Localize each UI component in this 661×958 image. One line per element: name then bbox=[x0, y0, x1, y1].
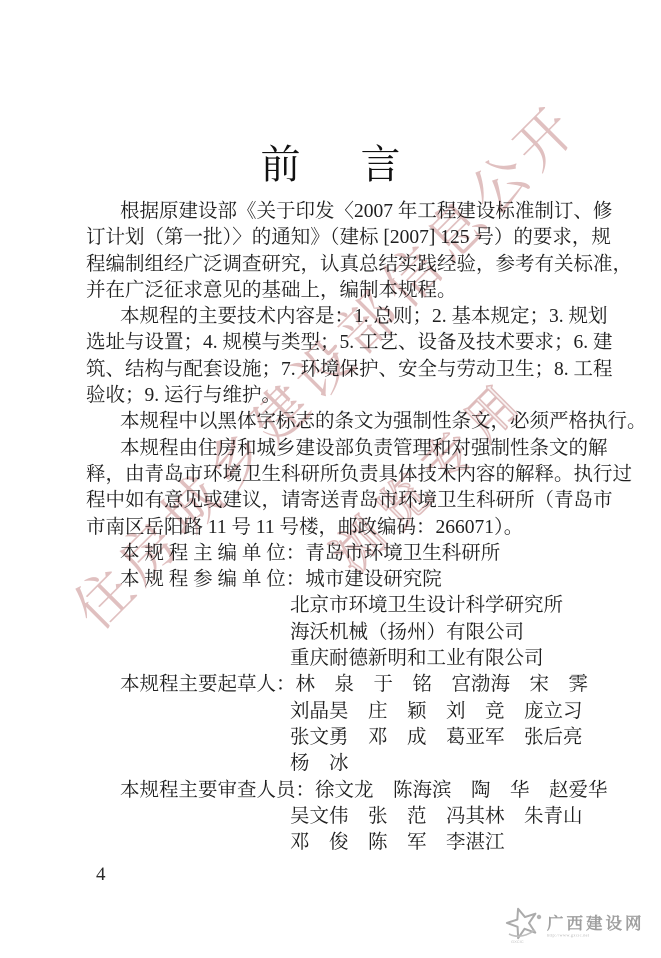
logo-tagline: http://www.gxcic.net bbox=[547, 934, 630, 938]
text-line: 市南区岳阳路 11 号 11 号楼，邮政编码：266071）。 bbox=[86, 515, 580, 541]
text-line: 根据原建设部《关于印发〈2007 年工程建设标准制订、修 bbox=[86, 199, 580, 225]
text-line: 筑、结构与配套设施；7. 环境保护、安全与劳动卫生；8. 工程 bbox=[86, 357, 580, 383]
text-line: 张文勇 邓 成 葛亚军 张后亮 bbox=[86, 725, 580, 751]
text-line: 本规程由住房和城乡建设部负责管理和对强制性条文的解 bbox=[86, 436, 580, 462]
text-line: 刘晶昊 庄 颖 刘 竞 庞立习 bbox=[86, 699, 580, 725]
text-line: 本规程主要起草人：林 泉 于 铭 宫渤海 宋 霁 bbox=[86, 672, 580, 698]
text-line: 订计划（第一批）〉的通知》（建标 [2007] 125 号）的要求，规 bbox=[86, 225, 580, 251]
text-line: 北京市环境卫生设计科学研究所 bbox=[86, 593, 580, 619]
site-logo: GXCIC 广西建设网 http://www.gxcic.net bbox=[501, 902, 653, 946]
document-page: 前 言 根据原建设部《关于印发〈2007 年工程建设标准制订、修订计划（第一批）… bbox=[0, 0, 661, 958]
text-line: 杨 冰 bbox=[86, 751, 580, 777]
text-line: 验收；9. 运行与维护。 bbox=[86, 383, 580, 409]
svg-text:GXCIC: GXCIC bbox=[511, 939, 524, 944]
text-line: 本规程的主要技术内容是：1. 总则；2. 基本规定；3. 规划 bbox=[86, 304, 580, 330]
text-line: 本规程主要审查人员：徐文龙 陈海滨 陶 华 赵爱华 bbox=[86, 778, 580, 804]
text-line: 重庆耐德新明和工业有限公司 bbox=[86, 646, 580, 672]
logo-name: 广西建设网 bbox=[547, 910, 645, 934]
text-line: 并在广泛征求意见的基础上，编制本规程。 bbox=[86, 278, 580, 304]
star-icon: GXCIC bbox=[501, 902, 545, 946]
text-line: 邓 俊 陈 军 李湛江 bbox=[86, 830, 580, 856]
text-line: 选址与设置；4. 规模与类型；5. 工艺、设备及技术要求；6. 建 bbox=[86, 330, 580, 356]
text-line: 本 规 程 主 编 单 位：青岛市环境卫生科研所 bbox=[86, 541, 580, 567]
page-title: 前 言 bbox=[0, 133, 661, 190]
text-line: 释，由青岛市环境卫生科研所负责具体技术内容的解释。执行过 bbox=[86, 462, 580, 488]
document-body: 根据原建设部《关于印发〈2007 年工程建设标准制订、修订计划（第一批）〉的通知… bbox=[86, 199, 580, 856]
page-title-char: 前 bbox=[261, 133, 301, 190]
text-line: 海沃机械（扬州）有限公司 bbox=[86, 620, 580, 646]
text-line: 吴文伟 张 范 冯其林 朱青山 bbox=[86, 804, 580, 830]
page-title-char: 言 bbox=[361, 133, 401, 190]
text-line: 程中如有意见或建议，请寄送青岛市环境卫生科研所（青岛市 bbox=[86, 488, 580, 514]
text-line: 本 规 程 参 编 单 位：城市建设研究院 bbox=[86, 567, 580, 593]
page-number: 4 bbox=[96, 864, 106, 886]
text-line: 本规程中以黑体字标志的条文为强制性条文，必须严格执行。 bbox=[86, 409, 580, 435]
text-line: 程编制组经广泛调查研究，认真总结实践经验，参考有关标准， bbox=[86, 252, 580, 278]
